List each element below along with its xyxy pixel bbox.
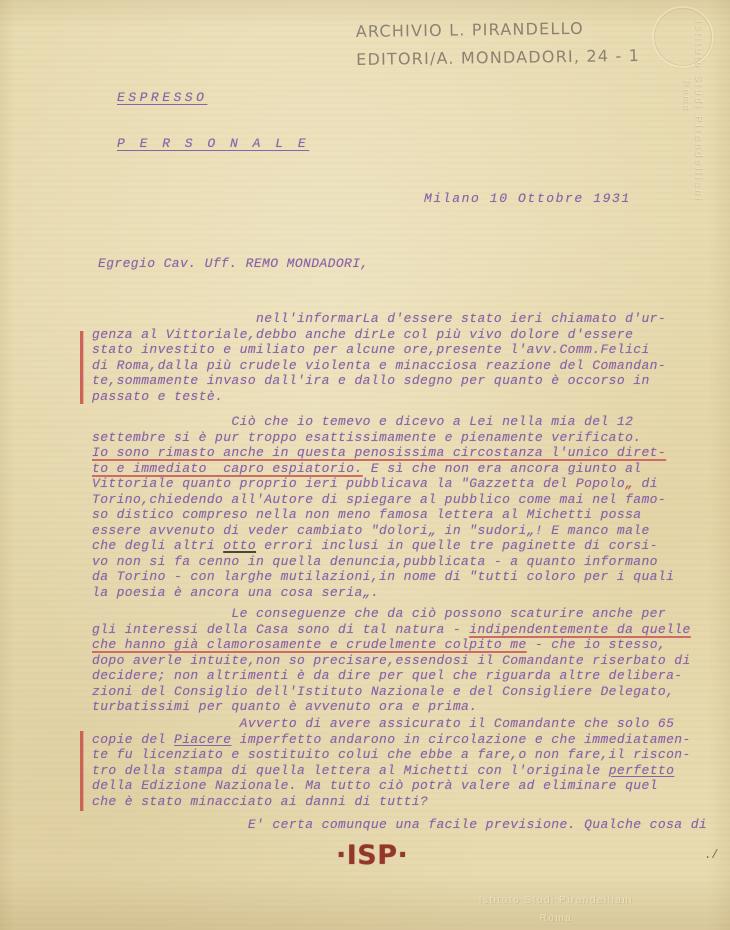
archive-annotation-line1: ARCHIVIO L. PIRANDELLO xyxy=(356,14,640,46)
typed-line: Ciò che io temevo e dicevo a Lei nella m… xyxy=(92,414,674,430)
text-segment: Ciò che io temevo e dicevo a Lei nella m… xyxy=(92,414,633,429)
text-segment: imperfetto andarono in circolazione e ch… xyxy=(231,732,690,747)
typed-line: Avverto di avere assicurato il Comandant… xyxy=(92,716,691,732)
date-line: Milano 10 Ottobre 1931 xyxy=(424,191,631,206)
personale-label: P E R S O N A L E xyxy=(117,136,309,151)
text-segment: E sì che non era ancora giunto al xyxy=(363,461,642,476)
archive-annotation-line2: EDITORI/A. MONDADORI, 24 - 1 xyxy=(356,42,640,74)
paragraph-2: Ciò che io temevo e dicevo a Lei nella m… xyxy=(92,414,674,600)
embossed-bottom-stamp-line1: Istituto Studi Pirandelliani xyxy=(468,892,644,910)
text-segment: decidere; non altrimenti è da dire per q… xyxy=(92,668,683,683)
text-segment: la poesia è ancora una cosa seria„. xyxy=(92,585,379,600)
archive-annotation: ARCHIVIO L. PIRANDELLO EDITORI/A. MONDAD… xyxy=(356,14,641,74)
typed-line: zioni del Consiglio dell'Istituto Nazion… xyxy=(92,684,691,700)
typed-line: Le conseguenze che da ciò possono scatur… xyxy=(92,606,691,622)
typed-line: genza al Vittoriale,debbo anche dirLe co… xyxy=(92,327,666,343)
embossed-stamp-subtext: Roma xyxy=(682,20,692,220)
embossed-bottom-stamp: Istituto Studi Pirandelliani Roma xyxy=(468,892,644,928)
typed-line: turbatissimi per quanto è avvenuto ora e… xyxy=(92,699,691,715)
embossed-stamp-text: Istituto Studi Pirandelliani xyxy=(693,20,704,220)
text-segment: che è stato minacciato ai danni di tutti… xyxy=(92,794,428,809)
paragraph-1: nell'informarLa d'essere stato ieri chia… xyxy=(92,311,666,404)
typed-line: so distico compreso nella non meno famos… xyxy=(92,507,674,523)
underlined-text: otto xyxy=(223,538,256,553)
text-segment: Torino,chiedendo all'Autore di spiegare … xyxy=(92,492,666,507)
typed-line: E' certa comunque una facile previsione.… xyxy=(92,817,707,833)
typed-line: della Edizione Nazionale. Ma tutto ciò p… xyxy=(92,778,691,794)
paragraph-4: Avverto di avere assicurato il Comandant… xyxy=(92,716,691,809)
underlined-text: Piacere xyxy=(174,732,231,747)
underlined-text: to e immediato capro espiatorio. xyxy=(92,461,363,476)
text-segment: E' certa comunque una facile previsione.… xyxy=(92,817,707,832)
typed-line: da Torino - con larghe mutilazioni,in no… xyxy=(92,569,674,585)
text-segment: errori inclusi in quelle tre paginette d… xyxy=(256,538,658,553)
typed-line: te,sommamente invaso dall'ira e dallo sd… xyxy=(92,373,666,389)
text-segment: dopo averle intuite,non so precisare,ess… xyxy=(92,653,691,668)
text-segment: genza al Vittoriale,debbo anche dirLe co… xyxy=(92,327,633,342)
typed-line: che hanno già clamorosamente e crudelmen… xyxy=(92,637,691,653)
typed-line: tro della stampa di quella lettera al Mi… xyxy=(92,763,691,779)
text-segment: vo non si fa cenno in quella denuncia,pu… xyxy=(92,554,658,569)
typed-line: dopo averle intuite,non so precisare,ess… xyxy=(92,653,691,669)
typed-line: che degli altri otto errori inclusi in q… xyxy=(92,538,674,554)
typed-line: settembre si è pur troppo esattissimamen… xyxy=(92,430,674,446)
letter-scan: Istituto Studi Pirandelliani Roma ARCHIV… xyxy=(0,0,730,930)
embossed-vertical-stamp: Istituto Studi Pirandelliani Roma xyxy=(682,20,704,220)
underlined-text: perfetto xyxy=(609,763,675,778)
text-segment: tro della stampa di quella lettera al Mi… xyxy=(92,763,609,778)
text-segment: turbatissimi per quanto è avvenuto ora e… xyxy=(92,699,477,714)
isp-stamp: ·ISP· xyxy=(336,840,408,871)
typed-line: to e immediato capro espiatorio. E sì ch… xyxy=(92,461,674,477)
text-segment: te fu licenziato e sostituito colui che … xyxy=(92,747,691,762)
text-segment: da Torino - con larghe mutilazioni,in no… xyxy=(92,569,674,584)
typed-line: Io sono rimasto anche in questa penosiss… xyxy=(92,445,674,461)
typed-line: stato investito e umiliato per alcune or… xyxy=(92,342,666,358)
typed-line: te fu licenziato e sostituito colui che … xyxy=(92,747,691,763)
text-segment: della Edizione Nazionale. Ma tutto ciò p… xyxy=(92,778,658,793)
paragraph-3: Le conseguenze che da ciò possono scatur… xyxy=(92,606,691,715)
text-segment: te,sommamente invaso dall'ira e dallo sd… xyxy=(92,373,650,388)
typed-line: decidere; non altrimenti è da dire per q… xyxy=(92,668,691,684)
typed-line: la poesia è ancora una cosa seria„. xyxy=(92,585,674,601)
closing-line: E' certa comunque una facile previsione.… xyxy=(92,817,707,833)
red-margin-line-1 xyxy=(80,331,83,404)
text-segment: zioni del Consiglio dell'Istituto Nazion… xyxy=(92,684,674,699)
typed-line: che è stato minacciato ai danni di tutti… xyxy=(92,794,691,810)
text-segment: settembre si è pur troppo esattissimamen… xyxy=(92,430,642,445)
text-segment: gli interessi della Casa sono di tal nat… xyxy=(92,622,469,637)
text-segment: passato e testè. xyxy=(92,389,223,404)
typed-line: di Roma,dalla più crudele violenta e min… xyxy=(92,358,666,374)
text-segment: che degli altri xyxy=(92,538,223,553)
typed-line: gli interessi della Casa sono di tal nat… xyxy=(92,622,691,638)
typed-line: Torino,chiedendo all'Autore di spiegare … xyxy=(92,492,674,508)
text-segment: Avverto di avere assicurato il Comandant… xyxy=(92,716,674,731)
typed-line: vo non si fa cenno in quella denuncia,pu… xyxy=(92,554,674,570)
text-segment: essere avvenuto di veder cambiato "dolor… xyxy=(92,523,650,538)
typed-line: Vittoriale quanto proprio ieri pubblicav… xyxy=(92,476,674,492)
text-segment: nell'informarLa d'essere stato ieri chia… xyxy=(92,311,666,326)
typed-line: nell'informarLa d'essere stato ieri chia… xyxy=(92,311,666,327)
espresso-label: ESPRESSO xyxy=(117,90,207,105)
text-segment: Le conseguenze che da ciò possono scatur… xyxy=(92,606,666,621)
text-segment: Vittoriale quanto proprio ieri pubblicav… xyxy=(92,476,625,491)
typed-line: passato e testè. xyxy=(92,389,666,405)
typed-line: essere avvenuto di veder cambiato "dolor… xyxy=(92,523,674,539)
text-segment: - che io stesso, xyxy=(527,637,666,652)
text-segment: di xyxy=(633,476,658,491)
text-segment: di Roma,dalla più crudele violenta e min… xyxy=(92,358,666,373)
underlined-text: Io sono rimasto anche in questa penosiss… xyxy=(92,445,666,460)
text-segment: stato investito e umiliato per alcune or… xyxy=(92,342,650,357)
salutation-line: Egregio Cav. Uff. REMO MONDADORI, xyxy=(98,256,369,271)
embossed-bottom-stamp-line2: Roma xyxy=(468,910,644,928)
text-segment: copie del xyxy=(92,732,174,747)
underlined-text: indipendentemente da quelle xyxy=(469,622,690,637)
text-segment: so distico compreso nella non meno famos… xyxy=(92,507,642,522)
underlined-text: che hanno già clamorosamente e crudelmen… xyxy=(92,637,527,652)
typed-line: copie del Piacere imperfetto andarono in… xyxy=(92,732,691,748)
red-margin-line-2 xyxy=(80,731,83,811)
page-end-mark: ./ xyxy=(704,848,718,862)
